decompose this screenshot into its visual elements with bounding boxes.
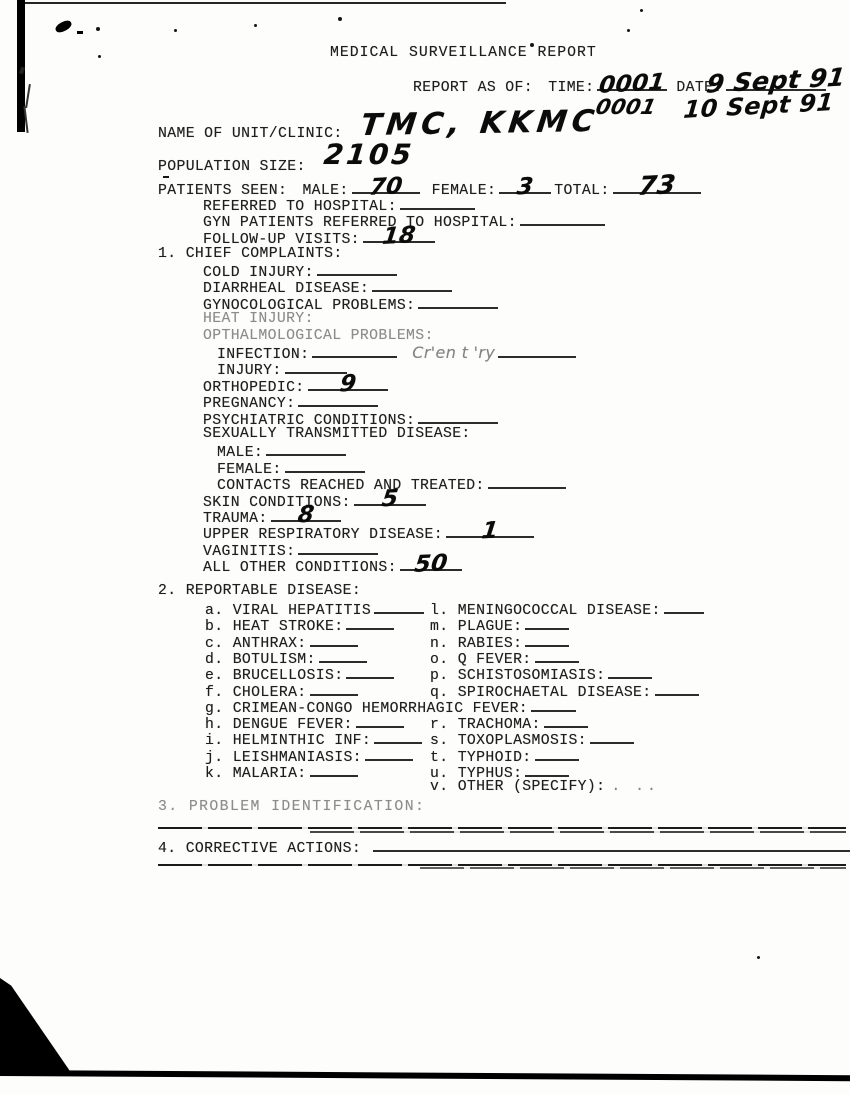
scanned-medical-surveillance-form: MEDICAL SURVEILLANCE REPORT REPORT AS OF… (0, 0, 850, 1094)
field-label: ALL OTHER CONDITIONS: (203, 560, 397, 576)
handwritten-value: 9 (338, 372, 357, 396)
blank-field: 1 (446, 525, 534, 538)
blank-field (365, 748, 413, 761)
date-value-2-handwritten: 10 Sept 91 (682, 90, 834, 122)
field-referred-to-hospital: REFERRED TO HOSPITAL: (203, 197, 478, 215)
handwritten-value: 18 (381, 224, 417, 249)
blank-field (531, 699, 576, 712)
field-opthalmological-problems: OPTHALMOLOGICAL PROBLEMS: (203, 329, 434, 344)
blank-field (310, 764, 358, 777)
field-all-other-conditions: ALL OTHER CONDITIONS:50 (203, 558, 465, 576)
scan-speckle (757, 956, 760, 959)
corrective-actions-field (373, 839, 850, 852)
report-as-of-label: REPORT AS OF: (413, 80, 533, 96)
disease-v-other-specify: v. OTHER (SPECIFY):. .. (430, 780, 659, 795)
field-orthopedic: ORTHOPEDIC:9 (203, 378, 391, 396)
section-heading-chief-complaints: 1. CHIEF COMPLAINTS: (158, 247, 343, 262)
blank-field: 9 (308, 378, 388, 391)
disease-f-cholera: f. CHOLERA: (205, 683, 361, 701)
field-infection: INFECTION:Cr'en t 'ry (217, 345, 579, 363)
field-sexually-transmitted-disease: SEXUALLY TRANSMITTED DISEASE: (203, 427, 471, 442)
field-pregnancy: PREGNANCY: (203, 394, 381, 412)
blank-field: 8 (271, 509, 341, 522)
blank-field (535, 650, 579, 663)
blank-field (608, 666, 652, 679)
scan-ink-blob (54, 19, 73, 35)
blank-field (319, 650, 367, 663)
field-label: 2. REPORTABLE DISEASE: (158, 583, 361, 599)
scan-speckle (98, 55, 101, 58)
blank-field (544, 715, 588, 728)
illegible-handwriting: Cr'en t 'ry (412, 343, 495, 362)
handwritten-value: 1 (480, 520, 499, 544)
blank-field (655, 683, 699, 696)
disease-e-brucellosis: e. BRUCELLOSIS: (205, 666, 397, 684)
total-value-handwritten: 73 (636, 172, 676, 200)
field-vaginitis: VAGINITIS: (203, 542, 381, 560)
scan-speckle (163, 176, 169, 178)
female-value-handwritten: 3 (516, 176, 535, 200)
field-female: FEMALE: (217, 460, 368, 478)
unit-clinic-label: NAME OF UNIT/CLINIC: (158, 126, 343, 142)
field-skin-conditions: SKIN CONDITIONS:5 (203, 493, 429, 511)
disease-q-spirochaetal-disease: q. SPIROCHAETAL DISEASE: (430, 683, 702, 701)
field-label: q. SPIROCHAETAL DISEASE: (430, 685, 652, 701)
disease-l-meningococcal-disease: l. MENINGOCOCCAL DISEASE: (430, 601, 707, 619)
male-field: 70 (352, 181, 420, 194)
population-value-handwritten: 2105 (322, 141, 415, 169)
time-label: TIME: (548, 80, 594, 96)
field-label: HEAT INJURY: (203, 311, 314, 327)
scan-corner-triangle (0, 978, 70, 1073)
field-label: v. OTHER (SPECIFY): (430, 779, 605, 795)
scan-speckle (627, 29, 630, 32)
field-label: 1. CHIEF COMPLAINTS: (158, 246, 343, 262)
scan-ink-dash (77, 31, 83, 34)
blank-field (498, 345, 576, 358)
disease-r-trachoma: r. TRACHOMA: (430, 715, 591, 733)
disease-j-leishmaniasis: j. LEISHMANIASIS: (205, 748, 416, 766)
trailing-dots: . .. (611, 779, 659, 795)
field-injury: INJURY: (217, 361, 350, 379)
scan-speckle (640, 9, 643, 12)
blank-field (346, 617, 394, 630)
disease-g-crimean-congo-hemorrhagic-fever: g. CRIMEAN-CONGO HEMORRHAGIC FEVER: (205, 699, 579, 717)
blank-field (312, 345, 397, 358)
blank-field (310, 634, 358, 647)
blank-field (520, 213, 605, 226)
problem-identification-heading: 3. PROBLEM IDENTIFICATION: (158, 800, 425, 815)
disease-p-schistosomiasis: p. SCHISTOSOMIASIS: (430, 666, 655, 684)
field-follow-up-visits: FOLLOW-UP VISITS:18 (203, 230, 438, 248)
blank-field (285, 361, 347, 374)
disease-c-anthrax: c. ANTHRAX: (205, 634, 361, 652)
total-field: 73 (613, 181, 701, 194)
ruled-line (420, 867, 846, 869)
blank-field: 50 (400, 558, 462, 571)
field-upper-respiratory-disease: UPPER RESPIRATORY DISEASE:1 (203, 525, 537, 543)
disease-h-dengue-fever: h. DENGUE FEVER: (205, 715, 407, 733)
blank-field: 18 (363, 230, 435, 243)
scan-pen-stroke-1 (25, 84, 31, 108)
blank-field (346, 666, 394, 679)
blank-field (266, 443, 346, 456)
field-diarrheal-disease: DIARRHEAL DISEASE: (203, 279, 455, 297)
field-label: k. MALARIA: (205, 766, 307, 782)
blank-field (400, 197, 475, 210)
disease-k-malaria: k. MALARIA: (205, 764, 361, 782)
scan-bottom-bar (0, 1070, 850, 1081)
handwritten-value: 8 (296, 504, 315, 528)
blank-field (525, 617, 569, 630)
field-male: MALE: (217, 443, 349, 461)
corrective-actions-line: 4. CORRECTIVE ACTIONS: (158, 839, 850, 857)
scan-speckle (338, 17, 342, 21)
ruled-line (310, 831, 846, 833)
blank-field (372, 279, 452, 292)
blank-field: 5 (354, 493, 426, 506)
blank-field (298, 394, 378, 407)
field-label: OPTHALMOLOGICAL PROBLEMS: (203, 328, 434, 344)
blank-field (317, 263, 397, 276)
scan-top-border-line (24, 2, 506, 4)
unit-clinic-value-handwritten: TMC, KKMC (359, 107, 601, 141)
field-cold-injury: COLD INJURY: (203, 263, 400, 281)
total-label: TOTAL: (554, 183, 609, 199)
female-field: 3 (499, 181, 551, 194)
blank-field (418, 296, 498, 309)
blank-field (525, 764, 569, 777)
time-value-2-handwritten: 0001 (594, 97, 658, 118)
field-heat-injury: HEAT INJURY: (203, 312, 314, 327)
corrective-actions-heading: 4. CORRECTIVE ACTIONS: (158, 841, 361, 857)
time-field: 0001 (597, 78, 667, 91)
disease-n-rabies: n. RABIES: (430, 634, 572, 652)
disease-o-q-fever: o. Q FEVER: (430, 650, 582, 668)
blank-field (310, 683, 358, 696)
disease-i-helminthic-inf: i. HELMINTHIC INF: (205, 731, 425, 749)
scan-speckle (96, 27, 100, 31)
blank-field (298, 542, 378, 555)
disease-s-toxoplasmosis: s. TOXOPLASMOSIS: (430, 731, 637, 749)
scan-speckle (254, 24, 257, 27)
ruled-line (158, 827, 846, 829)
field-label: SEXUALLY TRANSMITTED DISEASE: (203, 426, 471, 442)
population-label: POPULATION SIZE: (158, 159, 306, 175)
blank-field (525, 634, 569, 647)
blank-field (285, 460, 365, 473)
section-heading-reportable-disease: 2. REPORTABLE DISEASE: (158, 584, 361, 599)
disease-a-viral-hepatitis: a. VIRAL HEPATITIS (205, 601, 427, 619)
blank-field (664, 601, 704, 614)
blank-field (374, 731, 422, 744)
population-line: POPULATION SIZE: 2105 (158, 147, 414, 175)
time-value-handwritten: 0001 (598, 71, 667, 97)
blank-field (374, 601, 424, 614)
blank-field (356, 715, 404, 728)
disease-d-botulism: d. BOTULISM: (205, 650, 370, 668)
blank-field (418, 411, 498, 424)
blank-field (535, 748, 579, 761)
disease-t-typhoid: t. TYPHOID: (430, 748, 582, 766)
ruled-line (158, 864, 846, 866)
blank-field (590, 731, 634, 744)
disease-m-plague: m. PLAGUE: (430, 617, 572, 635)
handwritten-value: 50 (413, 552, 449, 577)
disease-b-heat-stroke: b. HEAT STROKE: (205, 617, 397, 635)
handwritten-value: 5 (380, 487, 399, 511)
page-title: MEDICAL SURVEILLANCE REPORT (330, 46, 597, 61)
scan-speckle (174, 29, 177, 32)
field-trauma: TRAUMA:8 (203, 509, 344, 527)
blank-field (488, 476, 566, 489)
